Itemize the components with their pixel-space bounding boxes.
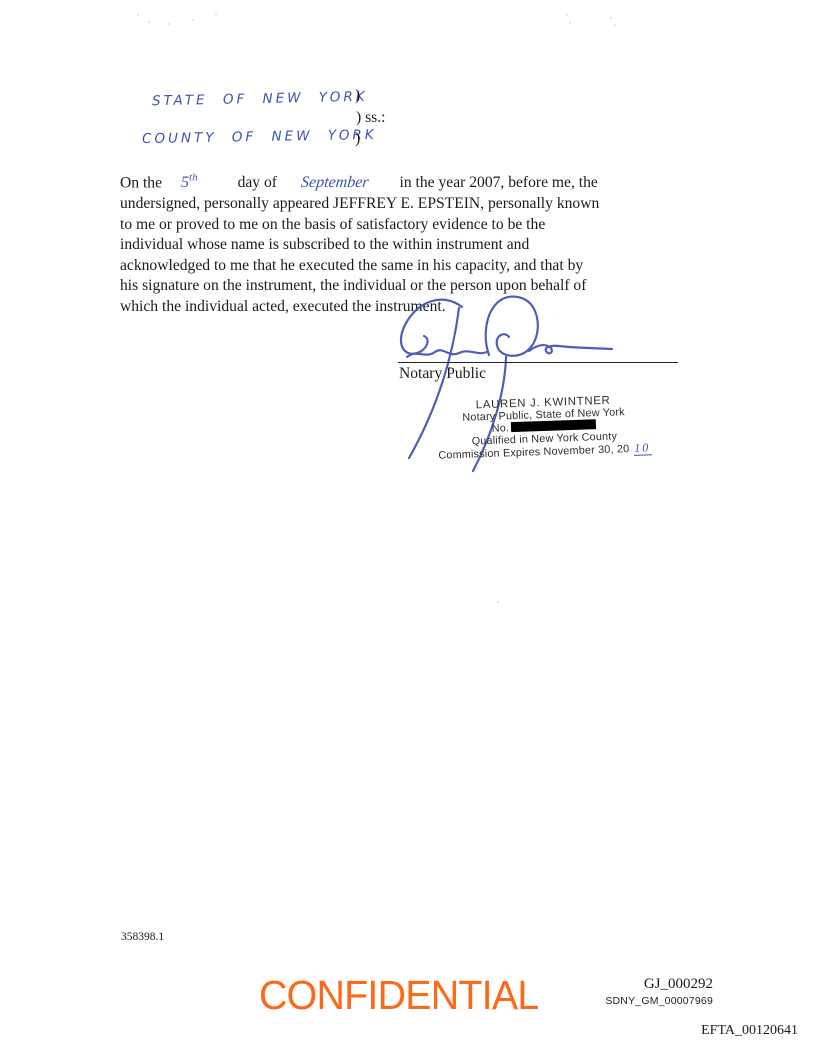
- scan-speck: [137, 14, 139, 16]
- signature-right-loop: [486, 297, 538, 356]
- bates-number-sdny: SDNY_GM_00007969: [540, 995, 713, 1007]
- notary-stamp: LAUREN J. KWINTNER Notary Public, State …: [415, 393, 673, 463]
- bates-number-gj: GJ_000292: [540, 976, 713, 993]
- body-line-1: On the5thday ofSeptemberin the year 2007…: [120, 168, 710, 194]
- body-line: individual whose name is subscribed to t…: [120, 235, 710, 256]
- scan-speck: [614, 24, 616, 26]
- confidential-watermark: CONFIDENTIAL: [259, 972, 538, 1019]
- signature-tail: [529, 345, 612, 353]
- handwritten-state-text: STATE OF NEW YORK: [152, 89, 368, 110]
- scan-speck: [566, 14, 568, 16]
- scan-speck: [168, 23, 170, 25]
- scan-speck: [215, 13, 217, 15]
- file-number: 358398.1: [121, 931, 164, 943]
- body-line: acknowledged to me that he executed the …: [120, 256, 710, 277]
- handwritten-county-text: COUNTY OF NEW YORK: [142, 127, 377, 147]
- bates-block: GJ_000292 SDNY_GM_00007969: [540, 976, 713, 1007]
- body-line: undersigned, personally appeared JEFFREY…: [120, 194, 710, 215]
- redaction-bar: [511, 419, 596, 432]
- scan-speck: [610, 17, 612, 19]
- county-paren: ): [355, 130, 360, 148]
- body-text: in the year 2007, before me, the: [400, 174, 598, 191]
- body-text: day of: [238, 174, 277, 191]
- signature-line: [398, 362, 678, 363]
- handwritten-month: September: [300, 173, 370, 194]
- scan-speck: [192, 19, 194, 21]
- handwritten-year: 10: [633, 440, 652, 456]
- handwritten-day: 5th: [181, 174, 198, 191]
- scan-speck: [497, 601, 499, 603]
- scan-speck: [148, 21, 150, 23]
- bates-number-efta: EFTA_00120641: [655, 1023, 798, 1039]
- state-paren: ): [355, 87, 360, 105]
- ss-notation: ) ss.:: [356, 109, 385, 127]
- body-text: On the: [120, 174, 162, 191]
- scanned-notary-page: STATE OF NEW YORK ) ) ss.: COUNTY OF NEW…: [0, 0, 816, 1056]
- body-line: to me or proved to me on the basis of sa…: [120, 215, 710, 236]
- notary-public-label: Notary Public: [399, 365, 486, 383]
- scan-speck: [569, 22, 571, 24]
